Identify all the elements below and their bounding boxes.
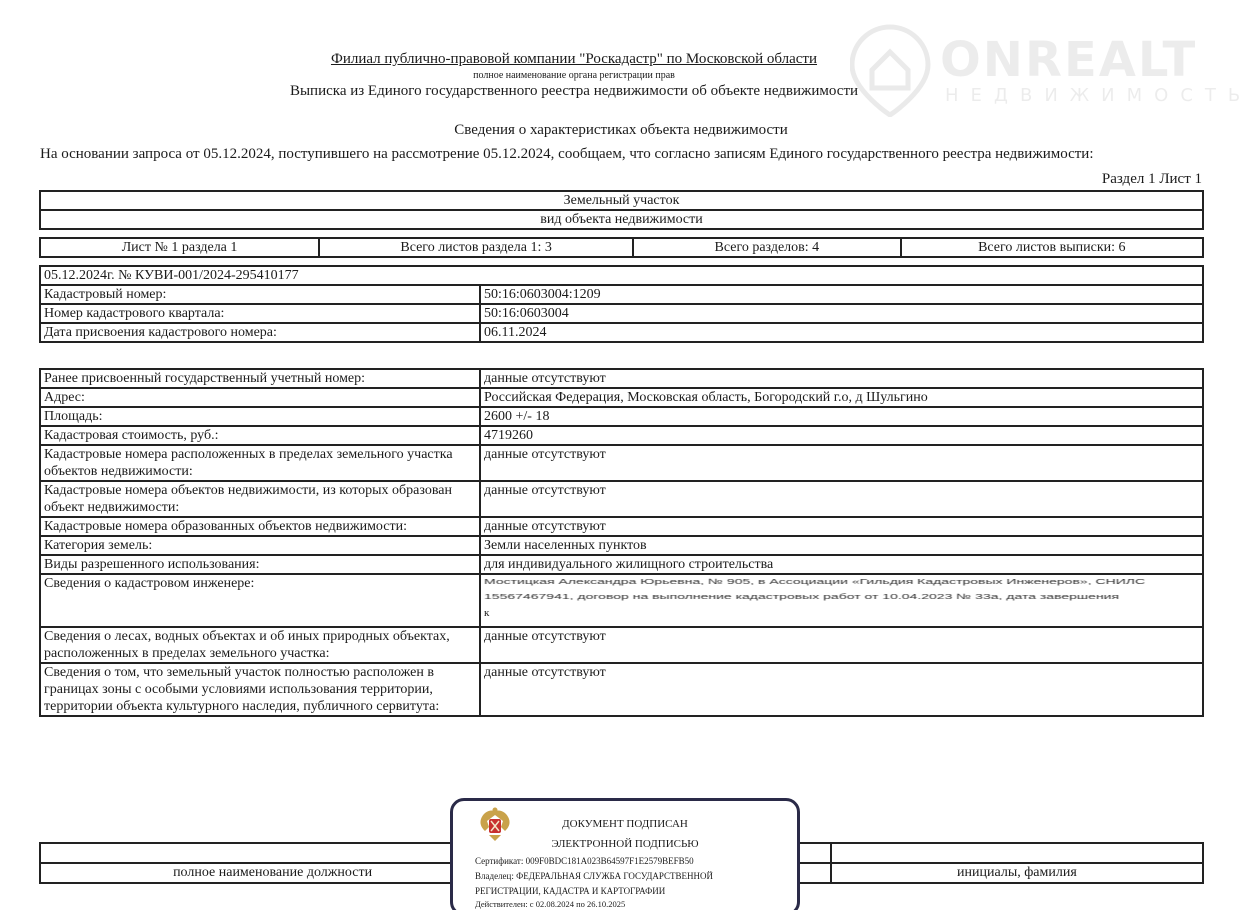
main-info-table: 05.12.2024г. № КУВИ-001/2024-295410177 К… xyxy=(39,265,1204,343)
table-row: Сведения о кадастровом инженере: Мостицк… xyxy=(40,574,1203,627)
row-value: данные отсутствуют xyxy=(480,517,1203,536)
row-label: Ранее присвоенный государственный учетны… xyxy=(40,369,480,388)
certificate-owner-2: РЕГИСТРАЦИИ, КАДАСТРА И КАРТОГРАФИИ xyxy=(475,886,665,896)
org-subtitle: полное наименование органа регистрации п… xyxy=(0,70,1148,81)
row-label: Номер кадастрового квартала: xyxy=(40,304,480,323)
cadastral-quarter: 50:16:0603004 xyxy=(480,304,1203,323)
position-caption: полное наименование должности xyxy=(40,863,505,883)
table-row: Виды разрешенного использования:для инди… xyxy=(40,555,1203,574)
section-title: Сведения о характеристиках объекта недви… xyxy=(0,122,1242,139)
name-caption: инициалы, фамилия xyxy=(831,863,1203,883)
org-name: Филиал публично-правовой компании "Роска… xyxy=(0,51,1148,68)
table-row: Сведения о лесах, водных объектах и об и… xyxy=(40,627,1203,663)
address-value: Российская Федерация, Московская область… xyxy=(480,388,1203,407)
assignment-date: 06.11.2024 xyxy=(480,323,1203,342)
table-row: Кадастровые номера расположенных в преде… xyxy=(40,445,1203,481)
row-label: Виды разрешенного использования: xyxy=(40,555,480,574)
table-row: Кадастровая стоимость, руб.:4719260 xyxy=(40,426,1203,445)
row-value: данные отсутствуют xyxy=(480,481,1203,517)
object-type-caption: вид объекта недвижимости xyxy=(40,210,1203,229)
object-type-table: Земельный участок вид объекта недвижимос… xyxy=(39,190,1204,230)
row-label: Категория земель: xyxy=(40,536,480,555)
row-label: Кадастровые номера расположенных в преде… xyxy=(40,445,480,481)
extract-title: Выписка из Единого государственного реес… xyxy=(0,83,1148,100)
row-label: Площадь: xyxy=(40,407,480,426)
table-row: Кадастровые номера образованных объектов… xyxy=(40,517,1203,536)
table-row: Адрес:Российская Федерация, Московская о… xyxy=(40,388,1203,407)
cadastral-number: 50:16:0603004:1209 xyxy=(480,285,1203,304)
basis-text: На основании запроса от 05.12.2024, пост… xyxy=(40,146,1094,163)
row-value: данные отсутствуют xyxy=(480,369,1203,388)
sheet-number: Лист № 1 раздела 1 xyxy=(40,238,319,257)
table-row: Категория земель:Земли населенных пункто… xyxy=(40,536,1203,555)
name-field xyxy=(831,843,1203,863)
object-type: Земельный участок xyxy=(40,191,1203,210)
sheet-label: Раздел 1 Лист 1 xyxy=(1102,171,1202,188)
engineer-line-1: Мостицкая Александра Юрьевна, № 905, в А… xyxy=(484,577,1199,586)
row-value: данные отсутствуют xyxy=(480,627,1203,663)
row-label: Адрес: xyxy=(40,388,480,407)
cadastral-value: 4719260 xyxy=(480,426,1203,445)
document-number: 05.12.2024г. № КУВИ-001/2024-295410177 xyxy=(40,266,1203,285)
table-row: Ранее присвоенный государственный учетны… xyxy=(40,369,1203,388)
stamp-title-1: ДОКУМЕНТ ПОДПИСАН xyxy=(453,818,797,830)
stamp-title-2: ЭЛЕКТРОННОЙ ПОДПИСЬЮ xyxy=(453,838,797,850)
row-label: Дата присвоения кадастрового номера: xyxy=(40,323,480,342)
table-row: Дата присвоения кадастрового номера: 06.… xyxy=(40,323,1203,342)
table-row: Кадастровый номер: 50:16:0603004:1209 xyxy=(40,285,1203,304)
certificate-number: Сертификат: 009F0BDC181A023B64597F1E2579… xyxy=(475,856,694,866)
row-value: данные отсутствуют xyxy=(480,663,1203,716)
table-row: Кадастровые номера объектов недвижимости… xyxy=(40,481,1203,517)
table-row: Площадь:2600 +/- 18 xyxy=(40,407,1203,426)
row-label: Кадастровые номера образованных объектов… xyxy=(40,517,480,536)
permitted-use: для индивидуального жилищного строительс… xyxy=(480,555,1203,574)
characteristics-table: Ранее присвоенный государственный учетны… xyxy=(39,368,1204,717)
certificate-owner: Владелец: ФЕДЕРАЛЬНАЯ СЛУЖБА ГОСУДАРСТВЕ… xyxy=(475,871,713,881)
position-field xyxy=(40,843,505,863)
engineer-line-3: к xyxy=(484,605,1199,622)
section-sheets-total: Всего листов раздела 1: 3 xyxy=(319,238,633,257)
certificate-validity: Действителен: с 02.08.2024 по 26.10.2025 xyxy=(475,899,625,909)
table-row: Сведения о том, что земельный участок по… xyxy=(40,663,1203,716)
row-value: данные отсутствуют xyxy=(480,445,1203,481)
table-row: Номер кадастрового квартала: 50:16:06030… xyxy=(40,304,1203,323)
extract-sheets-total: Всего листов выписки: 6 xyxy=(901,238,1203,257)
area-value: 2600 +/- 18 xyxy=(480,407,1203,426)
sheets-table: Лист № 1 раздела 1 Всего листов раздела … xyxy=(39,237,1204,258)
engineer-line-2: 15567467941, договор на выполнение кадас… xyxy=(484,592,1199,601)
row-label: Сведения о кадастровом инженере: xyxy=(40,574,480,627)
row-label: Кадастровые номера объектов недвижимости… xyxy=(40,481,480,517)
row-label: Сведения о том, что земельный участок по… xyxy=(40,663,480,716)
land-category: Земли населенных пунктов xyxy=(480,536,1203,555)
row-label: Кадастровая стоимость, руб.: xyxy=(40,426,480,445)
e-signature-stamp: ДОКУМЕНТ ПОДПИСАН ЭЛЕКТРОННОЙ ПОДПИСЬЮ С… xyxy=(450,798,800,910)
row-label: Сведения о лесах, водных объектах и об и… xyxy=(40,627,480,663)
engineer-info: Мостицкая Александра Юрьевна, № 905, в А… xyxy=(480,574,1203,627)
sections-total: Всего разделов: 4 xyxy=(633,238,900,257)
row-label: Кадастровый номер: xyxy=(40,285,480,304)
